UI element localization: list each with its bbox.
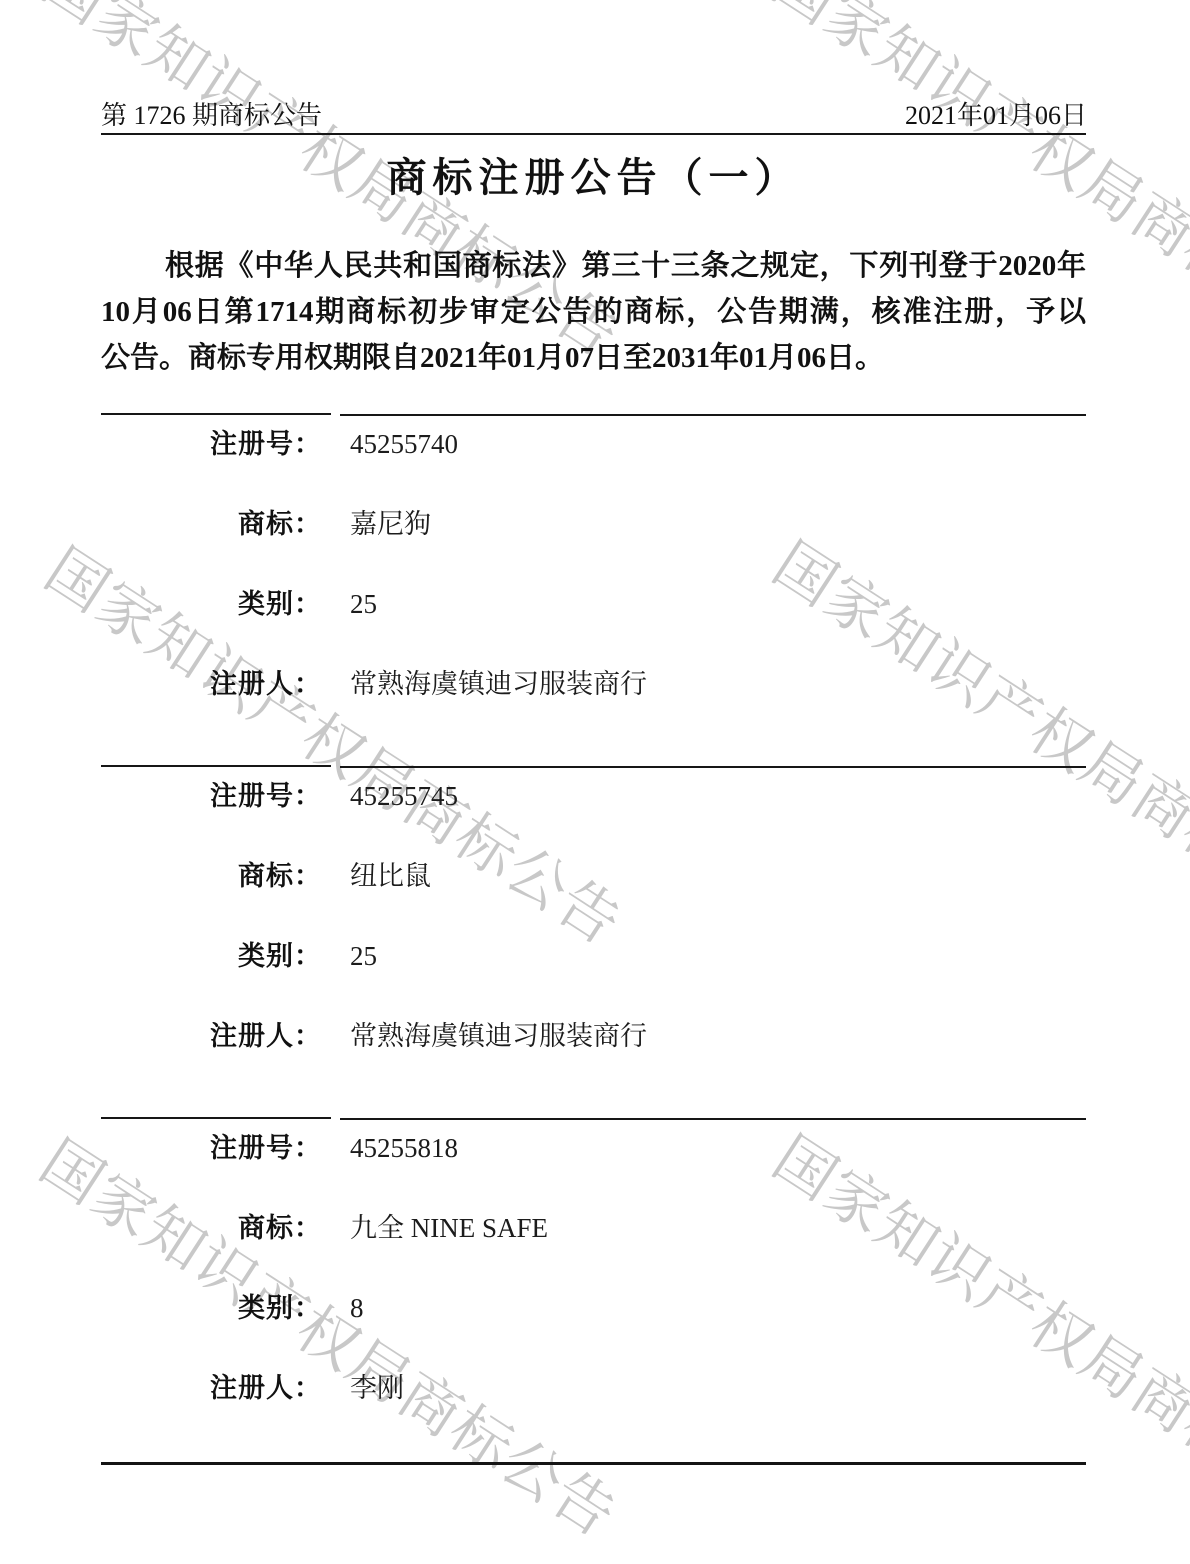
intro-line-2: 10月06日第1714期商标初步审定公告的商标，公告期满，核准注册，予以 (101, 289, 1086, 335)
intro-line-1: 根据《中华人民共和国商标法》第三十三条之规定，下列刊登于2020年 (101, 243, 1086, 289)
field-row-trademark: 商标： 九全 NINE SAFE (101, 1213, 1086, 1245)
intro-line-3: 公告。商标专用权期限自2021年01月07日至2031年01月06日。 (101, 335, 1086, 381)
trademark-entry: 注册号： 45255740 商标： 嘉尼狗 类别： 25 注册人： 常熟海虞镇迪… (101, 413, 1086, 765)
field-value: 李刚 (350, 1373, 404, 1403)
gazette-date: 2021年01月06日 (905, 95, 1087, 132)
field-value: 九全 NINE SAFE (350, 1213, 548, 1243)
field-label: 注册号： (101, 429, 322, 459)
field-label: 商标： (101, 509, 322, 539)
field-label: 类别： (101, 589, 322, 619)
field-row-registration-number: 注册号： 45255745 (101, 781, 1086, 813)
trademark-entry: 注册号： 45255818 商标： 九全 NINE SAFE 类别： 8 注册人… (101, 1117, 1086, 1469)
trademark-entry: 注册号： 45255745 商标： 纽比鼠 类别： 25 注册人： 常熟海虞镇迪… (101, 765, 1086, 1117)
field-value: 45255740 (350, 429, 458, 459)
field-label: 类别： (101, 1293, 322, 1323)
field-row-registration-number: 注册号： 45255818 (101, 1133, 1086, 1165)
field-row-registrant: 注册人： 李刚 (101, 1373, 1086, 1405)
entry-divider-rule (101, 1117, 331, 1119)
field-row-registrant: 注册人： 常熟海虞镇迪习服装商行 (101, 1021, 1086, 1053)
field-label: 注册人： (101, 1373, 322, 1403)
field-label: 商标： (101, 1213, 322, 1243)
field-row-class: 类别： 25 (101, 589, 1086, 621)
field-value: 25 (350, 589, 377, 619)
field-label: 注册人： (101, 669, 322, 699)
entry-divider-rule (340, 766, 1086, 768)
field-label: 注册号： (101, 781, 322, 811)
field-row-registrant: 注册人： 常熟海虞镇迪习服装商行 (101, 669, 1086, 701)
field-label: 注册人： (101, 1021, 322, 1051)
field-label: 类别： (101, 941, 322, 971)
field-value: 45255818 (350, 1133, 458, 1163)
field-row-class: 类别： 25 (101, 941, 1086, 973)
field-value: 纽比鼠 (350, 861, 431, 891)
gazette-issue-number: 第 1726 期商标公告 (101, 95, 322, 132)
field-row-trademark: 商标： 纽比鼠 (101, 861, 1086, 893)
field-value: 嘉尼狗 (350, 509, 431, 539)
header-divider-rule (101, 133, 1086, 135)
gazette-page: 国家知识产权局商标公告 国家知识产权局商标公告 国家知识产权局商标公告 国家知识… (0, 0, 1190, 1564)
field-row-registration-number: 注册号： 45255740 (101, 429, 1086, 461)
entry-divider-rule (101, 413, 331, 415)
entry-divider-rule (101, 765, 331, 767)
field-value: 25 (350, 941, 377, 971)
field-value: 8 (350, 1293, 364, 1323)
field-label: 注册号： (101, 1133, 322, 1163)
intro-paragraph: 根据《中华人民共和国商标法》第三十三条之规定，下列刊登于2020年 10月06日… (101, 243, 1086, 381)
field-row-class: 类别： 8 (101, 1293, 1086, 1325)
field-row-trademark: 商标： 嘉尼狗 (101, 509, 1086, 541)
entry-divider-rule (340, 414, 1086, 416)
bottom-divider-rule (101, 1462, 1086, 1465)
page-title: 商标注册公告（一） (101, 146, 1086, 203)
field-value: 常熟海虞镇迪习服装商行 (350, 669, 647, 699)
entry-divider-rule (340, 1118, 1086, 1120)
field-value: 常熟海虞镇迪习服装商行 (350, 1021, 647, 1051)
field-value: 45255745 (350, 781, 458, 811)
field-label: 商标： (101, 861, 322, 891)
document-foreground: 第 1726 期商标公告 2021年01月06日 商标注册公告（一） 根据《中华… (0, 0, 1190, 1564)
